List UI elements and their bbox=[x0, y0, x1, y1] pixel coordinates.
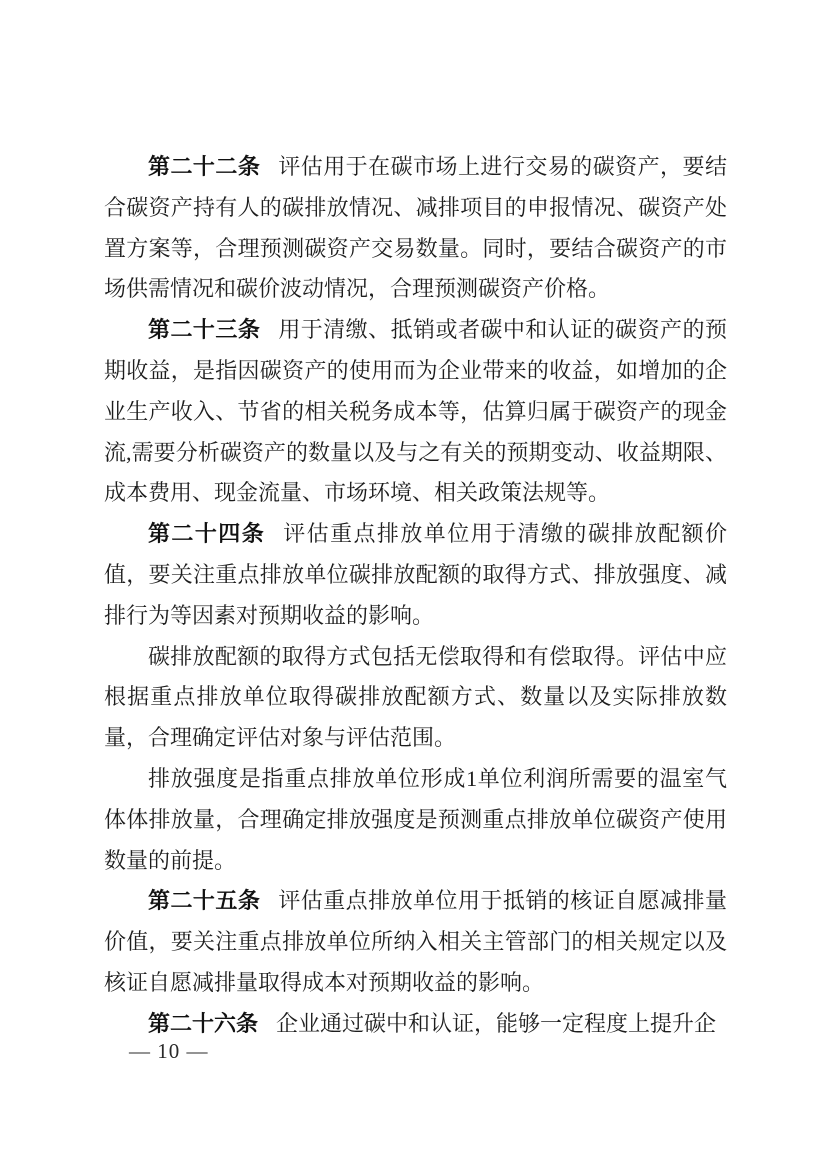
article-paragraph-22: 第二十二条评估用于在碳市场上进行交易的碳资产，要结合碳资产持有人的碳排放情况、减… bbox=[104, 147, 727, 310]
plain-paragraph-intensity: 排放强度是指重点排放单位形成1单位利润所需要的温室气体体排放量，合理确定排放强度… bbox=[104, 759, 727, 881]
article-heading: 第二十六条 bbox=[148, 1011, 258, 1036]
article-paragraph-25: 第二十五条评估重点排放单位用于抵销的核证自愿减排量价值，要关注重点排放单位所纳入… bbox=[104, 881, 727, 1003]
document-body: 第二十二条评估用于在碳市场上进行交易的碳资产，要结合碳资产持有人的碳排放情况、减… bbox=[104, 147, 727, 1045]
article-heading: 第二十三条 bbox=[148, 317, 260, 342]
page-number: — 10 — bbox=[129, 1038, 209, 1064]
article-body-text: 用于清缴、抵销或者碳中和认证的碳资产的预期收益，是指因碳资产的使用而为企业带来的… bbox=[104, 317, 727, 505]
article-heading: 第二十四条 bbox=[148, 521, 265, 546]
plain-paragraph-allowance: 碳排放配额的取得方式包括无偿取得和有偿取得。评估中应根据重点排放单位取得碳排放配… bbox=[104, 637, 727, 759]
document-page: 第二十二条评估用于在碳市场上进行交易的碳资产，要结合碳资产持有人的碳排放情况、减… bbox=[0, 0, 826, 1169]
article-body-text: 排放强度是指重点排放单位形成1单位利润所需要的温室气体体排放量，合理确定排放强度… bbox=[104, 766, 727, 873]
article-heading: 第二十二条 bbox=[148, 154, 260, 179]
article-paragraph-24: 第二十四条评估重点排放单位用于清缴的碳排放配额价值，要关注重点排放单位碳排放配额… bbox=[104, 514, 727, 636]
article-heading: 第二十五条 bbox=[148, 888, 260, 913]
article-body-text: 企业通过碳中和认证，能够一定程度上提升企 bbox=[276, 1011, 716, 1036]
article-body-text: 碳排放配额的取得方式包括无偿取得和有偿取得。评估中应根据重点排放单位取得碳排放配… bbox=[104, 644, 727, 751]
article-paragraph-23: 第二十三条用于清缴、抵销或者碳中和认证的碳资产的预期收益，是指因碳资产的使用而为… bbox=[104, 310, 727, 514]
